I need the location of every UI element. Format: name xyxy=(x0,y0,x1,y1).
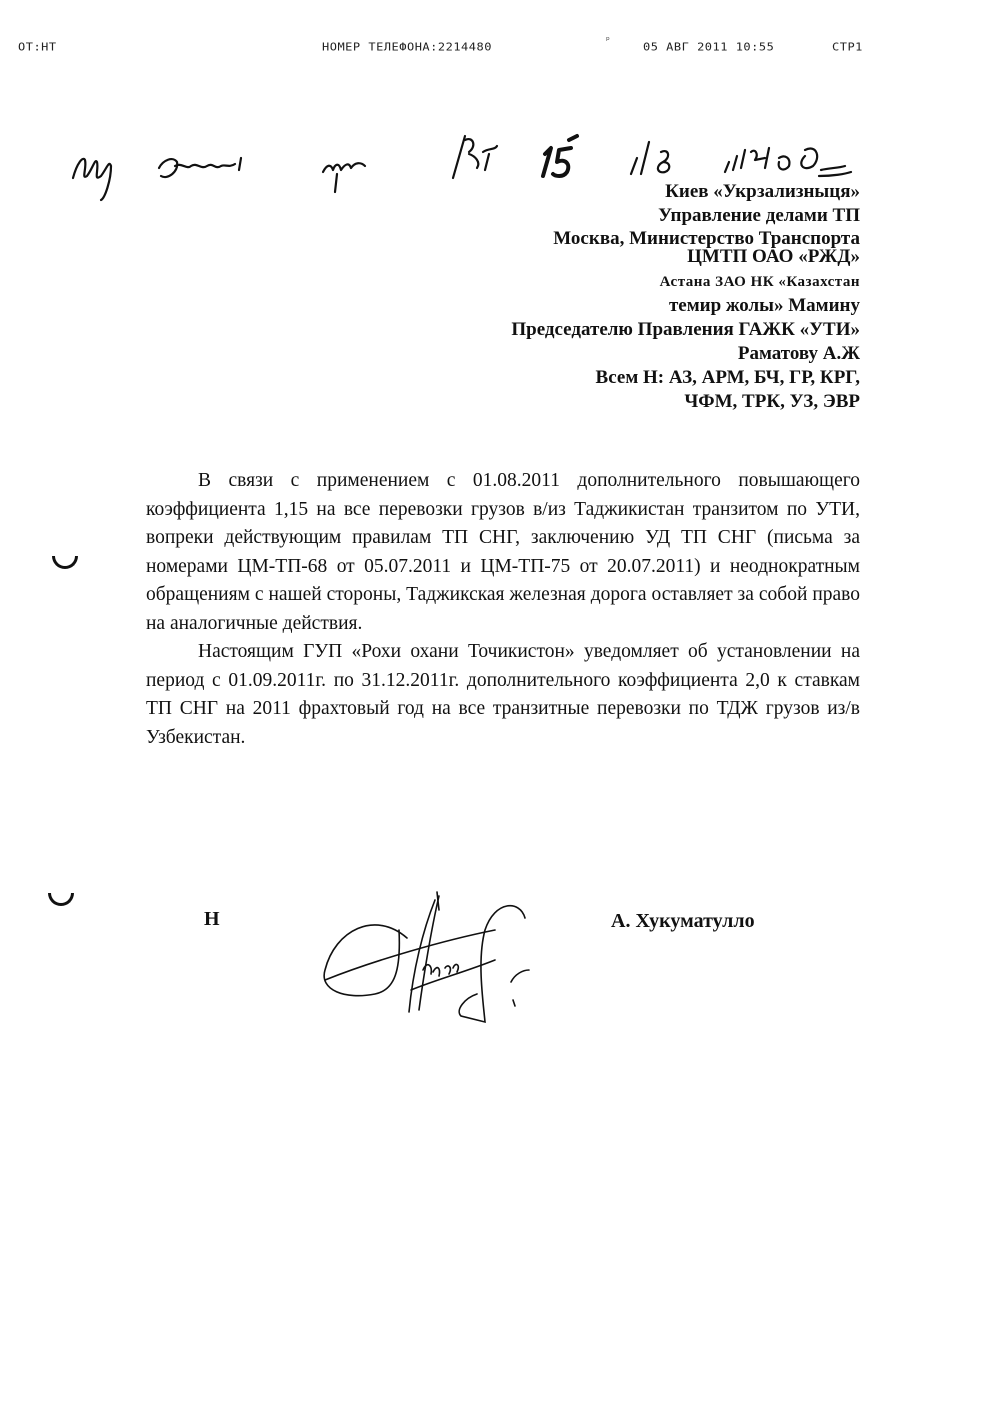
signer-name: А. Хукуматулло xyxy=(611,910,755,933)
recipient-line: Всем Н: АЗ, АРМ, БЧ, ГР, КРГ, xyxy=(511,366,860,390)
recipient-line: Председателю Правления ГАЖК «УТИ» xyxy=(511,318,860,342)
body-paragraph-2: Настоящим ГУП «Рохи охани Точикистон» ув… xyxy=(146,638,860,752)
recipients-block: Киев «Укрзализныця» Управление делами ТП… xyxy=(511,180,860,414)
punch-hole-mark xyxy=(48,893,74,906)
letter-body: В связи с применением с 01.08.2011 допол… xyxy=(146,467,860,752)
recipient-line: Управление делами ТП xyxy=(511,204,860,228)
fax-sender: ОТ:НТ xyxy=(18,41,57,53)
signer-title-abbrev: Н xyxy=(204,908,220,931)
recipient-line: Киев «Укрзализныця» xyxy=(511,180,860,204)
recipient-line: ЧФМ, ТРК, УЗ, ЭВР xyxy=(511,390,860,414)
recipient-line: темир жолы» Мамину xyxy=(511,294,860,318)
punch-hole-mark xyxy=(52,556,78,569)
recipient-line: ЦМТП ОАО «РЖД» xyxy=(511,248,860,266)
fax-page-number: СТР1 xyxy=(832,41,863,53)
body-paragraph-1: В связи с применением с 01.08.2011 допол… xyxy=(146,467,860,638)
scan-speck: ᵖ xyxy=(606,36,610,46)
recipient-line: Астана ЗАО НК «Казахстан xyxy=(511,270,860,294)
handwritten-signature xyxy=(315,890,545,1030)
fax-datetime: 05 АВГ 2011 10:55 xyxy=(643,41,774,53)
recipient-line: Раматову А.Ж xyxy=(511,342,860,366)
fax-phone-number: НОМЕР ТЕЛЕФОНА:2214480 xyxy=(322,41,492,53)
